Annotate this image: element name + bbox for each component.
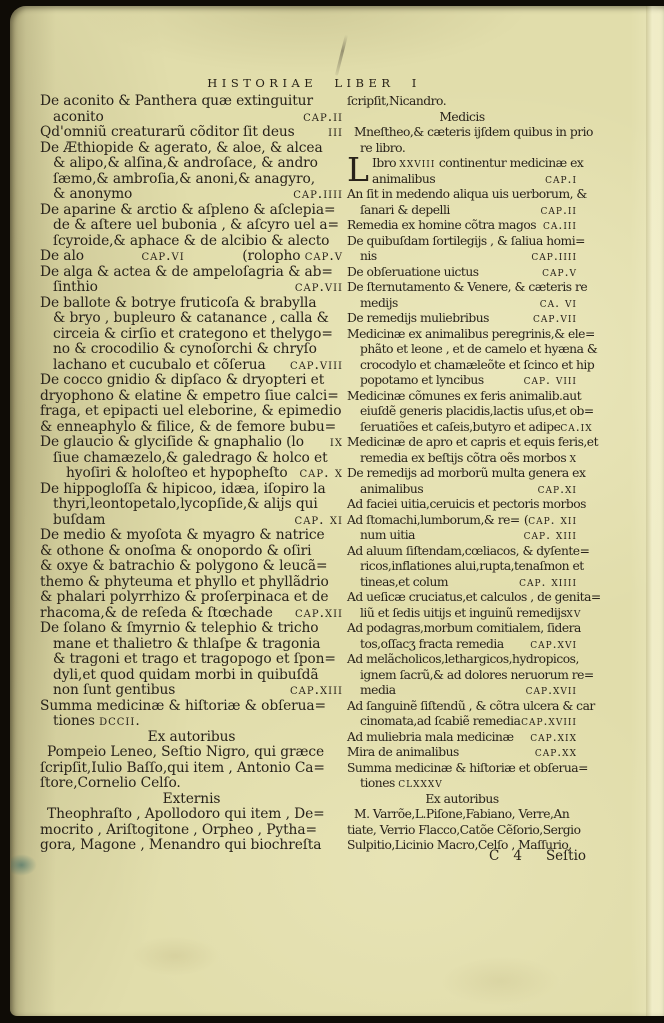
toc-text: remedia ex beſtijs cõtra oẽs morbos (360, 451, 566, 467)
toc-text: & bryo , bupleuro & catanance , calla & (53, 311, 329, 327)
toc-text: An ſit in medendo aliqua uis uerborum, & (347, 187, 587, 203)
toc-line: eiuſdẽ generis placidis,lactis uſus,et o… (347, 404, 577, 420)
toc-line: no & crocodilio & cynoſorchi & chryſo (40, 342, 343, 358)
running-header: HISTORIAE LIBER I (10, 76, 618, 90)
chapter-ref-group: cap.xi (538, 482, 577, 498)
chapter-ref: cap. xii (528, 513, 577, 529)
toc-text: M. Varrõe,L.Piſone,Fabiano, Verre,An (354, 807, 569, 823)
toc-line: De alocap.vi(rolopho cap.v (40, 249, 343, 265)
chapter-ref-group: cap.iiii (531, 249, 577, 265)
chapter-ref-group: x (570, 451, 577, 467)
toc-text: Summa medicinæ & hiſtoriæ et obſerua= (347, 761, 588, 777)
toc-line: Ad podagras,morbum comitialem, ſidera (347, 621, 577, 637)
toc-text: rhacoma,& de reſeda & ſtœchade (40, 606, 273, 622)
toc-line: rhacoma,& de reſeda & ſtœchadecap.xii (40, 606, 343, 622)
chapter-ref: cap. xiii (524, 528, 577, 544)
toc-text: Summa medicinæ & hiſtoriæ & obſerua= (40, 699, 326, 715)
toc-line: mocrito , Ariſtogitone , Orpheo , Pytha= (40, 823, 343, 839)
toc-text: dryophono & elatine & empetro ſiue calci… (40, 389, 339, 405)
toc-text: tiate, Verrio Flacco,Catõe Cẽſorio,Sergi… (347, 823, 580, 839)
toc-text: De ſternutamento & Venere, & cæteris re (347, 280, 587, 296)
toc-text: tos,oſſacʒ fracta remedia (360, 637, 504, 653)
toc-line: themo & phyteuma et phyllo et phyllãdrio (40, 575, 343, 591)
toc-line: & phalari polyrrhizo & proſerpinaca et d… (40, 590, 343, 606)
chapter-ref: cap. viii (524, 373, 577, 389)
toc-line: animalibuscap.xi (347, 482, 577, 498)
chapter-ref: ix (330, 435, 343, 451)
toc-line: ricos,inflationes alui,rupta,tenaſmon et (347, 559, 577, 575)
chapter-ref: cap.vii (533, 311, 577, 327)
chapter-ref: cap.i (545, 172, 577, 188)
chapter-ref-group: ix (330, 435, 343, 451)
toc-line: remedia ex beſtijs cõtra oẽs morbosx (347, 451, 577, 467)
toc-text: & oxye & batrachio & polygono & leucã= (40, 559, 327, 575)
toc-line: non ſunt gentibuscap.xiii (40, 683, 343, 699)
stain (335, 34, 348, 75)
toc-line: Medicis (347, 110, 577, 126)
toc-line: ſeruatiões et caſeis,butyro et adipeca.i… (347, 420, 577, 436)
toc-text: Ad ſanguinẽ ſiſtendũ , & cõtra ulcera & … (347, 699, 595, 715)
toc-line: ſtore,Cornelio Celſo. (40, 776, 343, 792)
toc-line: & alipo,& alſina,& androſace, & andro (40, 156, 343, 172)
toc-line: Mneſtheo,& cæteris ijſdem quibus in prio (347, 125, 577, 141)
chapter-ref: cap.xiii (290, 683, 343, 699)
chapter-ref: cap.xi (538, 482, 577, 498)
chapter-ref: cap.ii (303, 110, 343, 126)
chapter-ref-group: cap.v (542, 265, 577, 281)
toc-text: continentur medicinæ ex (435, 156, 583, 172)
toc-line: Summa medicinæ & hiſtoriæ & obſerua= (40, 699, 343, 715)
toc-text: tiones (53, 714, 99, 730)
toc-text: Ibro (372, 156, 399, 172)
toc-line: niscap.iiii (347, 249, 577, 265)
chapter-ref-group: cap. xiiii (519, 575, 577, 591)
chapter-ref: cap.xvii (526, 683, 577, 699)
toc-text: Pompeio Leneo, Seſtio Nigro, qui græce (47, 745, 324, 761)
toc-line: Mira de animalibuscap.xx (347, 745, 577, 761)
chapter-ref-group: cap.xx (535, 745, 577, 761)
toc-text: eiuſdẽ generis placidis,lactis uſus,et o… (360, 404, 594, 420)
chapter-ref-group: (rolopho cap.v (242, 249, 343, 265)
toc-line: Ad ſtomachi,lumborum,& re=(cap. xii (347, 513, 577, 529)
toc-text: thyri,leontopetalo,lycopſide,& alijs qui (53, 497, 318, 513)
toc-line: gora, Magone , Menandro qui biochreſta (40, 838, 343, 854)
chapter-ref: cap.xix (530, 730, 577, 746)
toc-text: nis (360, 249, 377, 265)
toc-line: ignem ſacrũ,& ad dolores neruorum re= (347, 668, 577, 684)
toc-text: ſinthio (53, 280, 98, 296)
toc-text: hyoſiri & holoſteo et hypopheſto (66, 466, 288, 482)
toc-line: cinomata,ad ſcabiẽ remediacap.xviii (347, 714, 577, 730)
toc-text: ſæmo,& ambroſia,& anoni,& anagyro, (53, 172, 315, 188)
toc-line: Ad ſanguinẽ ſiſtendũ , & cõtra ulcera & … (347, 699, 577, 715)
chapter-ref: xv (566, 606, 581, 622)
toc-line: aconitocap.ii (40, 110, 343, 126)
toc-text: phãto et leone , et de camelo et hyæna & (360, 342, 597, 358)
toc-line: De cocco gnidio & dipſaco & dryopteri et (40, 373, 343, 389)
toc-text: De remedijs ad morborũ multa genera ex (347, 466, 585, 482)
toc-text: De medio & myoſota & myagro & natrice (40, 528, 325, 544)
toc-line: ſcripſit,Iulio Baſſo,qui item , Antonio … (40, 761, 343, 777)
catchword: Seſtio (546, 848, 586, 864)
chapter-ref: cap.iiii (531, 249, 577, 265)
toc-line: & anonymocap.iiii (40, 187, 343, 203)
toc-text: crocodylo et chamæleõte et ſcinco et hip (360, 358, 594, 374)
toc-line: num uitiacap. xiii (347, 528, 577, 544)
toc-line: Ad melãcholicos,lethargicos,hydropicos, (347, 652, 577, 668)
chapter-ref-group: ca.iii (543, 218, 577, 234)
toc-line: de & aſtere uel bubonia , & aſcyro uel a… (40, 218, 343, 234)
chapter-ref: cap.v (542, 265, 577, 281)
chapter-ref: cap.v (305, 249, 343, 265)
chapter-ref: ca.iii (543, 218, 577, 234)
toc-line: Ex autoribus (347, 792, 577, 808)
toc-line: Ad ueſicæ cruciatus,et calculos , de gen… (347, 590, 577, 606)
toc-line: Ad muliebria mala medicinæcap.xix (347, 730, 577, 746)
toc-line: mane et thalietro & thlaſpe & tragonia (40, 637, 343, 653)
toc-line: ſcyroide,& aphace & de alcibio & alecto (40, 234, 343, 250)
toc-line: ſcripſit,Nicandro. (347, 94, 577, 110)
chapter-ref-group: cap.i (545, 172, 577, 188)
toc-text: De Æthiopide & agerato, & aloe, & alcea (40, 141, 323, 157)
toc-text: themo & phyteuma et phyllo et phyllãdrio (40, 575, 329, 591)
chapter-ref: cap.ii (541, 203, 577, 219)
toc-line: circeia & cirſio et crategono et thelygo… (40, 327, 343, 343)
toc-line: Ex autoribus (40, 730, 343, 746)
roman-numeral: xxviii (399, 156, 435, 172)
column-right: ſcripſit,Nicandro.MedicisMneſtheo,& cæte… (347, 94, 577, 854)
chapter-ref: cap. xi (295, 513, 343, 529)
toc-line: De ſolano & ſmyrnio & telephio & tricho (40, 621, 343, 637)
toc-line: fraga, et epipacti uel eleborine, & epim… (40, 404, 343, 420)
toc-line: Summa medicinæ & hiſtoriæ et obſerua= (347, 761, 577, 777)
toc-text: gora, Magone , Menandro qui biochreſta (40, 838, 321, 854)
chapter-ref: cap.xviii (521, 714, 577, 730)
toc-line: De aconito & Panthera quæ extinguitur (40, 94, 343, 110)
toc-text: Theophraſto , Apollodoro qui item , De= (47, 807, 325, 823)
toc-text: Ad ueſicæ cruciatus,et calculos , de gen… (347, 590, 601, 606)
foxing-stain (440, 956, 560, 1006)
toc-text: Medicinæ de apro et capris et equis feri… (347, 435, 598, 451)
toc-text: mane et thalietro & thlaſpe & tragonia (53, 637, 320, 653)
toc-text: ſtore,Cornelio Celſo. (40, 776, 181, 792)
toc-text: ricos,inflationes alui,rupta,tenaſmon et (360, 559, 584, 575)
toc-line: liũ et ſedis uitijs et inguinũ remedijsx… (347, 606, 577, 622)
toc-line: crocodylo et chamæleõte et ſcinco et hip (347, 358, 577, 374)
toc-text: Ad faciei uitia,ceruicis et pectoris mor… (347, 497, 586, 513)
chapter-ref: cap.viii (290, 358, 343, 374)
chapter-ref-group: cap.iiii (293, 187, 343, 203)
toc-text: mocrito , Ariſtogitone , Orpheo , Pytha= (40, 823, 317, 839)
toc-text: ſiue chamæzelo,& galedrago & holco et (53, 451, 328, 467)
chapter-ref-group: xv (566, 606, 581, 622)
toc-line: De obſeruatione uictuscap.v (347, 265, 577, 281)
page: HISTORIAE LIBER I De aconito & Panthera … (10, 6, 664, 1016)
toc-text: num uitia (360, 528, 415, 544)
chapter-ref-group: cap. xiii (524, 528, 577, 544)
toc-line: Qd'omniũ creaturarũ cõditor ſit deusiii (40, 125, 343, 141)
chapter-ref-group: cap.vii (295, 280, 343, 296)
toc-text: & phalari polyrrhizo & proſerpinaca et d… (40, 590, 328, 606)
toc-text: De quibuſdam ſortilegijs , & ſaliua homi… (347, 234, 585, 250)
toc-text: Ex autoribus (148, 730, 236, 746)
toc-text: Ex autoribus (425, 792, 498, 808)
chapter-ref-group: cap.ii (541, 203, 577, 219)
toc-text: fraga, et epipacti uel eleborine, & epim… (40, 404, 341, 420)
chapter-ref-group: cap. x (300, 466, 344, 482)
toc-line: & tragoni et trago et tragopogo et ſpon= (40, 652, 343, 668)
chapter-ref: cap.xii (295, 606, 343, 622)
toc-text: Ad muliebria mala medicinæ (347, 730, 514, 746)
chapter-ref-group: cap.xix (530, 730, 577, 746)
toc-line: & oxye & batrachio & polygono & leucã= (40, 559, 343, 575)
toc-text: De glaucio & glyciſide & gnaphalio (lo (40, 435, 304, 451)
toc-line: Medicinæ ex animalibus peregrinis,& ele= (347, 327, 577, 343)
chapter-ref-group: cap. viii (524, 373, 577, 389)
toc-line: & bryo , bupleuro & catanance , calla & (40, 311, 343, 327)
toc-line: De Æthiopide & agerato, & aloe, & alcea (40, 141, 343, 157)
chapter-ref: iii (328, 125, 343, 141)
chapter-ref-group: cap.xii (295, 606, 343, 622)
toc-line: An ſit in medendo aliqua uis uerborum, & (347, 187, 577, 203)
toc-text: De alga & actea & de ampeloſagria & ab= (40, 265, 333, 281)
toc-text: aconito (53, 110, 104, 126)
toc-line: De aparine & arctio & aſpleno & aſclepia… (40, 203, 343, 219)
chapter-ref-group: cap.xvi (530, 637, 577, 653)
toc-line: animalibuscap.i (347, 172, 577, 188)
toc-line: Theophraſto , Apollodoro qui item , De= (40, 807, 343, 823)
toc-text: Medicis (439, 110, 484, 126)
toc-line: mediacap.xvii (347, 683, 577, 699)
toc-text: medijs (360, 296, 398, 312)
toc-text: ſcripſit,Nicandro. (347, 94, 446, 110)
toc-text: non ſunt gentibus (53, 683, 175, 699)
chapter-ref: cap.vii (295, 280, 343, 296)
toc-text: De ballote & botrye fruticoſa & brabylla (40, 296, 316, 312)
toc-text: media (360, 683, 396, 699)
toc-line: tiones clxxxv (347, 776, 577, 792)
toc-line: M. Varrõe,L.Piſone,Fabiano, Verre,An (347, 807, 577, 823)
toc-text: liũ et ſedis uitijs et inguinũ remedijs (360, 606, 566, 622)
toc-line: tos,oſſacʒ fracta remediacap.xvi (347, 637, 577, 653)
chapter-ref-group: ca.ix (560, 420, 592, 436)
toc-text: Externis (163, 792, 221, 808)
chapter-ref: cap.vi (142, 249, 185, 265)
toc-text: circeia & cirſio et crategono et thelygo… (53, 327, 333, 343)
toc-line: De ballote & botrye fruticoſa & brabylla (40, 296, 343, 312)
toc-text: Ad melãcholicos,lethargicos,hydropicos, (347, 652, 579, 668)
toc-line: tiate, Verrio Flacco,Catõe Cẽſorio,Sergi… (347, 823, 577, 839)
toc-text: (rolopho (242, 249, 305, 265)
toc-line: De alga & actea & de ampeloſagria & ab= (40, 265, 343, 281)
toc-text: lachano et cucubalo et cõſerua (53, 358, 266, 374)
toc-line: lachano et cucubalo et cõſeruacap.viii (40, 358, 343, 374)
toc-line: & othone & onoſma & onopordo & oſiri (40, 544, 343, 560)
toc-line: De ſternutamento & Venere, & cæteris re (347, 280, 577, 296)
column-left: De aconito & Panthera quæ extinguituraco… (40, 94, 343, 854)
toc-text: & othone & onoſma & onopordo & oſiri (40, 544, 311, 560)
foxing-stain (130, 936, 220, 976)
chapter-ref: cap. xiiii (519, 575, 577, 591)
toc-line: De remedijs ad morborũ multa genera ex (347, 466, 577, 482)
toc-text: Remedia ex homine cõtra magos (347, 218, 536, 234)
toc-text: & alipo,& alſina,& androſace, & andro (53, 156, 318, 172)
toc-line: re libro. (347, 141, 577, 157)
chapter-ref-group: cap.xvii (526, 683, 577, 699)
toc-text: De aparine & arctio & aſpleno & aſclepia… (40, 203, 335, 219)
chapter-ref-group: (cap. xii (524, 513, 577, 529)
toc-text: Ad aluum ſiſtendam,cœliacos, & dyſente= (347, 544, 589, 560)
toc-text: tineas,et colum (360, 575, 448, 591)
signature-number: 4 (513, 848, 522, 864)
toc-line: Medicinæ cõmunes ex feris animalib.aut (347, 389, 577, 405)
toc-text: & enneaphylo & filice, & de femore bubu= (40, 420, 336, 436)
toc-text: ſcyroide,& aphace & de alcibio & alecto (53, 234, 329, 250)
toc-text: ſeruatiões et caſeis,butyro et adipe (360, 420, 560, 436)
toc-line: dryophono & elatine & empetro ſiue calci… (40, 389, 343, 405)
toc-text: Mneſtheo,& cæteris ijſdem quibus in prio (354, 125, 593, 141)
toc-line: De glaucio & glyciſide & gnaphalio (loix (40, 435, 343, 451)
chapter-ref: cap. x (300, 466, 344, 482)
chapter-ref: ca.ix (560, 420, 592, 436)
toc-text: popotamo et lyncibus (360, 373, 484, 389)
toc-line: ſanari & depellicap.ii (347, 203, 577, 219)
chapter-ref: cap.iiii (293, 187, 343, 203)
toc-line: ſæmo,& ambroſia,& anoni,& anagyro, (40, 172, 343, 188)
chapter-ref-group: cap.vii (533, 311, 577, 327)
toc-line: De quibuſdam ſortilegijs , & ſaliua homi… (347, 234, 577, 250)
toc-line: & enneaphylo & filice, & de femore bubu= (40, 420, 343, 436)
toc-line: tineas,et columcap. xiiii (347, 575, 577, 591)
chapter-ref: x (570, 451, 577, 467)
toc-line: medijsca. vi (347, 296, 577, 312)
toc-text: ſanari & depelli (360, 203, 450, 219)
chapter-ref-group: cap.xiii (290, 683, 343, 699)
toc-line: hyoſiri & holoſteo et hypopheſtocap. x (40, 466, 343, 482)
toc-text: De remedijs muliebribus (347, 311, 489, 327)
toc-line: Pompeio Leneo, Seſtio Nigro, qui græce (40, 745, 343, 761)
chapter-ref: ca. vi (540, 296, 577, 312)
toc-line: Externis (40, 792, 343, 808)
toc-text: De cocco gnidio & dipſaco & dryopteri et (40, 373, 324, 389)
chapter-ref: cap.xvi (530, 637, 577, 653)
toc-line: tiones dccii. (40, 714, 343, 730)
toc-text: tiones (360, 776, 398, 792)
toc-text: dyli,et quod quidam morbi in quibuſdã (53, 668, 318, 684)
toc-text: De aconito & Panthera quæ extinguitur (40, 94, 313, 110)
toc-text: de & aſtere uel bubonia , & aſcyro uel a… (53, 218, 339, 234)
toc-text: ſcripſit,Iulio Baſſo,qui item , Antonio … (40, 761, 325, 777)
book-photo: HISTORIAE LIBER I De aconito & Panthera … (0, 0, 664, 1023)
toc-line: dyli,et quod quidam morbi in quibuſdã (40, 668, 343, 684)
toc-line: ſiue chamæzelo,& galedrago & holco et (40, 451, 343, 467)
toc-text: De alo (40, 249, 84, 265)
toc-line: De medio & myoſota & myagro & natrice (40, 528, 343, 544)
toc-line: LIbro xxviii continentur medicinæ ex (347, 156, 577, 172)
toc-text: & anonymo (53, 187, 132, 203)
toc-line: Ad faciei uitia,ceruicis et pectoris mor… (347, 497, 577, 513)
toc-line: ſinthiocap.vii (40, 280, 343, 296)
toc-text: animalibus (372, 172, 435, 188)
toc-text: animalibus (360, 482, 423, 498)
chapter-ref-group: cap. xi (295, 513, 343, 529)
chapter-ref-group: ca. vi (540, 296, 577, 312)
toc-text: Ad podagras,morbum comitialem, ſidera (347, 621, 581, 637)
chapter-ref: cap.xx (535, 745, 577, 761)
chapter-ref-group: iii (328, 125, 343, 141)
toc-text: cinomata,ad ſcabiẽ remedia (360, 714, 520, 730)
toc-text: De obſeruatione uictus (347, 265, 479, 281)
toc-text: ignem ſacrũ,& ad dolores neruorum re= (360, 668, 594, 684)
chapter-ref-group: cap.viii (290, 358, 343, 374)
toc-text: Medicinæ ex animalibus peregrinis,& ele= (347, 327, 595, 343)
signature-mark: C (489, 848, 499, 864)
signature-line: C 4 Seſtio (347, 848, 664, 864)
toc-line: De hippogloſſa & hipicoo, idæa, iſopiro … (40, 482, 343, 498)
toc-line: Ad aluum ſiſtendam,cœliacos, & dyſente= (347, 544, 577, 560)
toc-line: thyri,leontopetalo,lycopſide,& alijs qui (40, 497, 343, 513)
toc-line: Medicinæ de apro et capris et equis feri… (347, 435, 577, 451)
chapter-ref-group: cap.ii (303, 110, 343, 126)
toc-text: Ad ſtomachi,lumborum,& re= (347, 513, 520, 529)
toc-text: Mira de animalibus (347, 745, 459, 761)
toc-text: no & crocodilio & cynoſorchi & chryſo (53, 342, 317, 358)
toc-text: De ſolano & ſmyrnio & telephio & tricho (40, 621, 319, 637)
chapter-ref-group: cap.xviii (521, 714, 577, 730)
roman-numeral: dccii. (99, 714, 141, 730)
roman-numeral: clxxxv (398, 776, 443, 792)
toc-text: & tragoni et trago et tragopogo et ſpon= (53, 652, 336, 668)
toc-text: Medicinæ cõmunes ex feris animalib.aut (347, 389, 581, 405)
toc-line: phãto et leone , et de camelo et hyæna & (347, 342, 577, 358)
page-fore-edge (646, 6, 664, 1016)
toc-text: buſdam (53, 513, 105, 529)
ink-smudge (11, 854, 37, 876)
toc-line: De remedijs muliebribuscap.vii (347, 311, 577, 327)
toc-line: Remedia ex homine cõtra magosca.iii (347, 218, 577, 234)
toc-text: De hippogloſſa & hipicoo, idæa, iſopiro … (40, 482, 326, 498)
toc-line: buſdamcap. xi (40, 513, 343, 529)
toc-line: popotamo et lyncibuscap. viii (347, 373, 577, 389)
toc-text: Qd'omniũ creaturarũ cõditor ſit deus (40, 125, 295, 141)
